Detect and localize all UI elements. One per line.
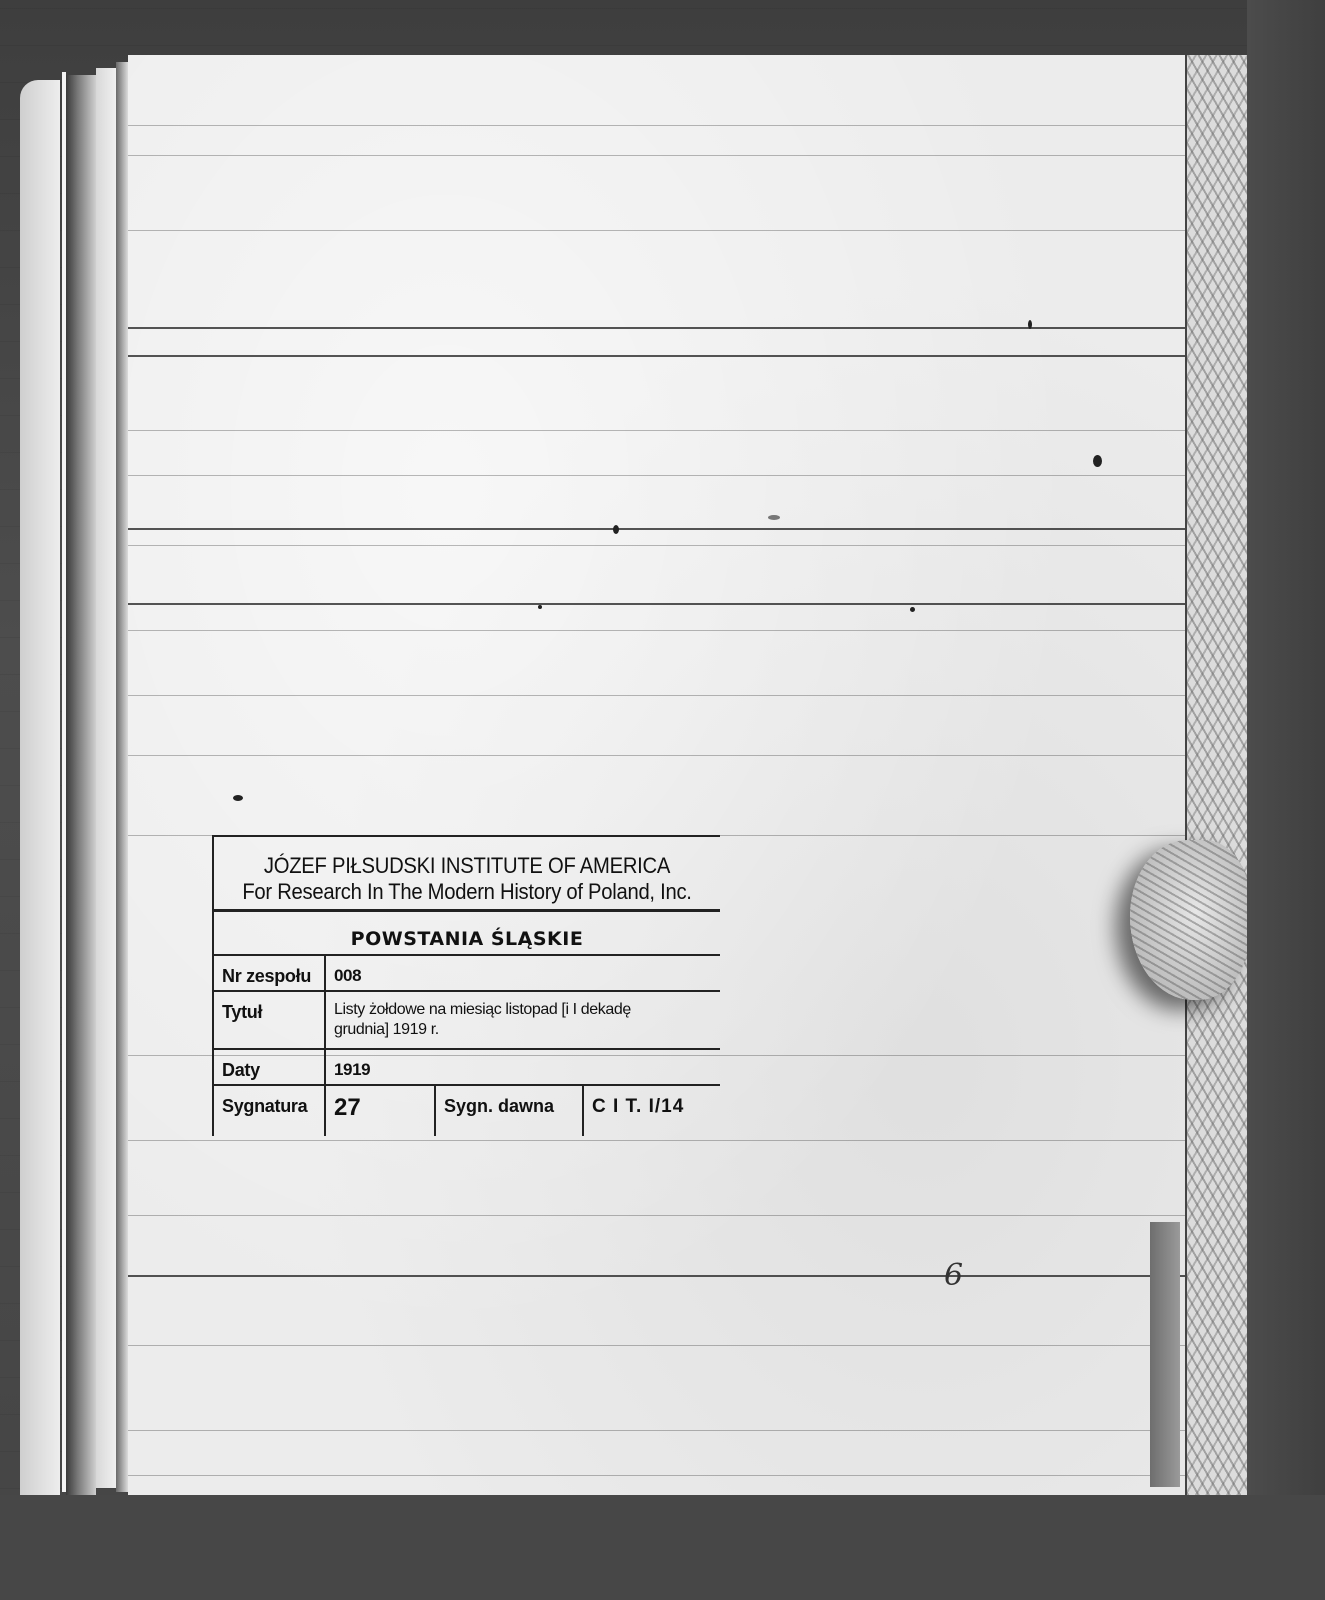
institution-name: JÓZEF PIŁSUDSKI INSTITUTE OF AMERICA	[234, 853, 700, 879]
field-row-tytul: Tytuł Listy żołdowe na miesiąc listopad …	[214, 992, 720, 1050]
handwritten-page-mark: 6	[944, 1258, 963, 1293]
label-header: JÓZEF PIŁSUDSKI INSTITUTE OF AMERICA For…	[214, 835, 720, 912]
field-value: 27	[326, 1086, 436, 1136]
archival-label: JÓZEF PIŁSUDSKI INSTITUTE OF AMERICA For…	[212, 835, 720, 1136]
scan-border-bottom	[0, 1495, 1325, 1600]
institution-subtitle: For Research In The Modern History of Po…	[234, 879, 700, 905]
field-value: C I T. I/14	[584, 1086, 720, 1136]
cover-cutout-shadow	[1150, 1222, 1180, 1487]
page-edge-shadow	[66, 75, 96, 1495]
folder-cover	[128, 55, 1188, 1495]
field-row-sygnatura: Sygnatura 27 Sygn. dawna C I T. I/14	[214, 1086, 720, 1136]
field-row-daty: Daty 1919	[214, 1050, 720, 1086]
field-row-nr-zespolu: Nr zespołu 008	[214, 956, 720, 992]
field-value: 008	[326, 956, 720, 990]
page-edge	[96, 68, 116, 1488]
field-label: Sygn. dawna	[436, 1086, 584, 1136]
scan-border-right	[1247, 0, 1325, 1600]
page-edge	[116, 62, 128, 1492]
field-label: Daty	[214, 1050, 326, 1084]
field-label: Sygnatura	[214, 1086, 326, 1136]
field-value: 1919	[326, 1050, 720, 1084]
ribbon-knot	[1130, 840, 1250, 1000]
collection-title: POWSTANIA ŚLĄSKIE	[214, 912, 720, 956]
field-label: Tytuł	[214, 992, 326, 1048]
fabric-tie-ribbon	[1185, 55, 1249, 1495]
field-value: Listy żołdowe na miesiąc listopad [i I d…	[326, 992, 720, 1048]
field-label: Nr zespołu	[214, 956, 326, 990]
page-edge	[20, 80, 60, 1500]
